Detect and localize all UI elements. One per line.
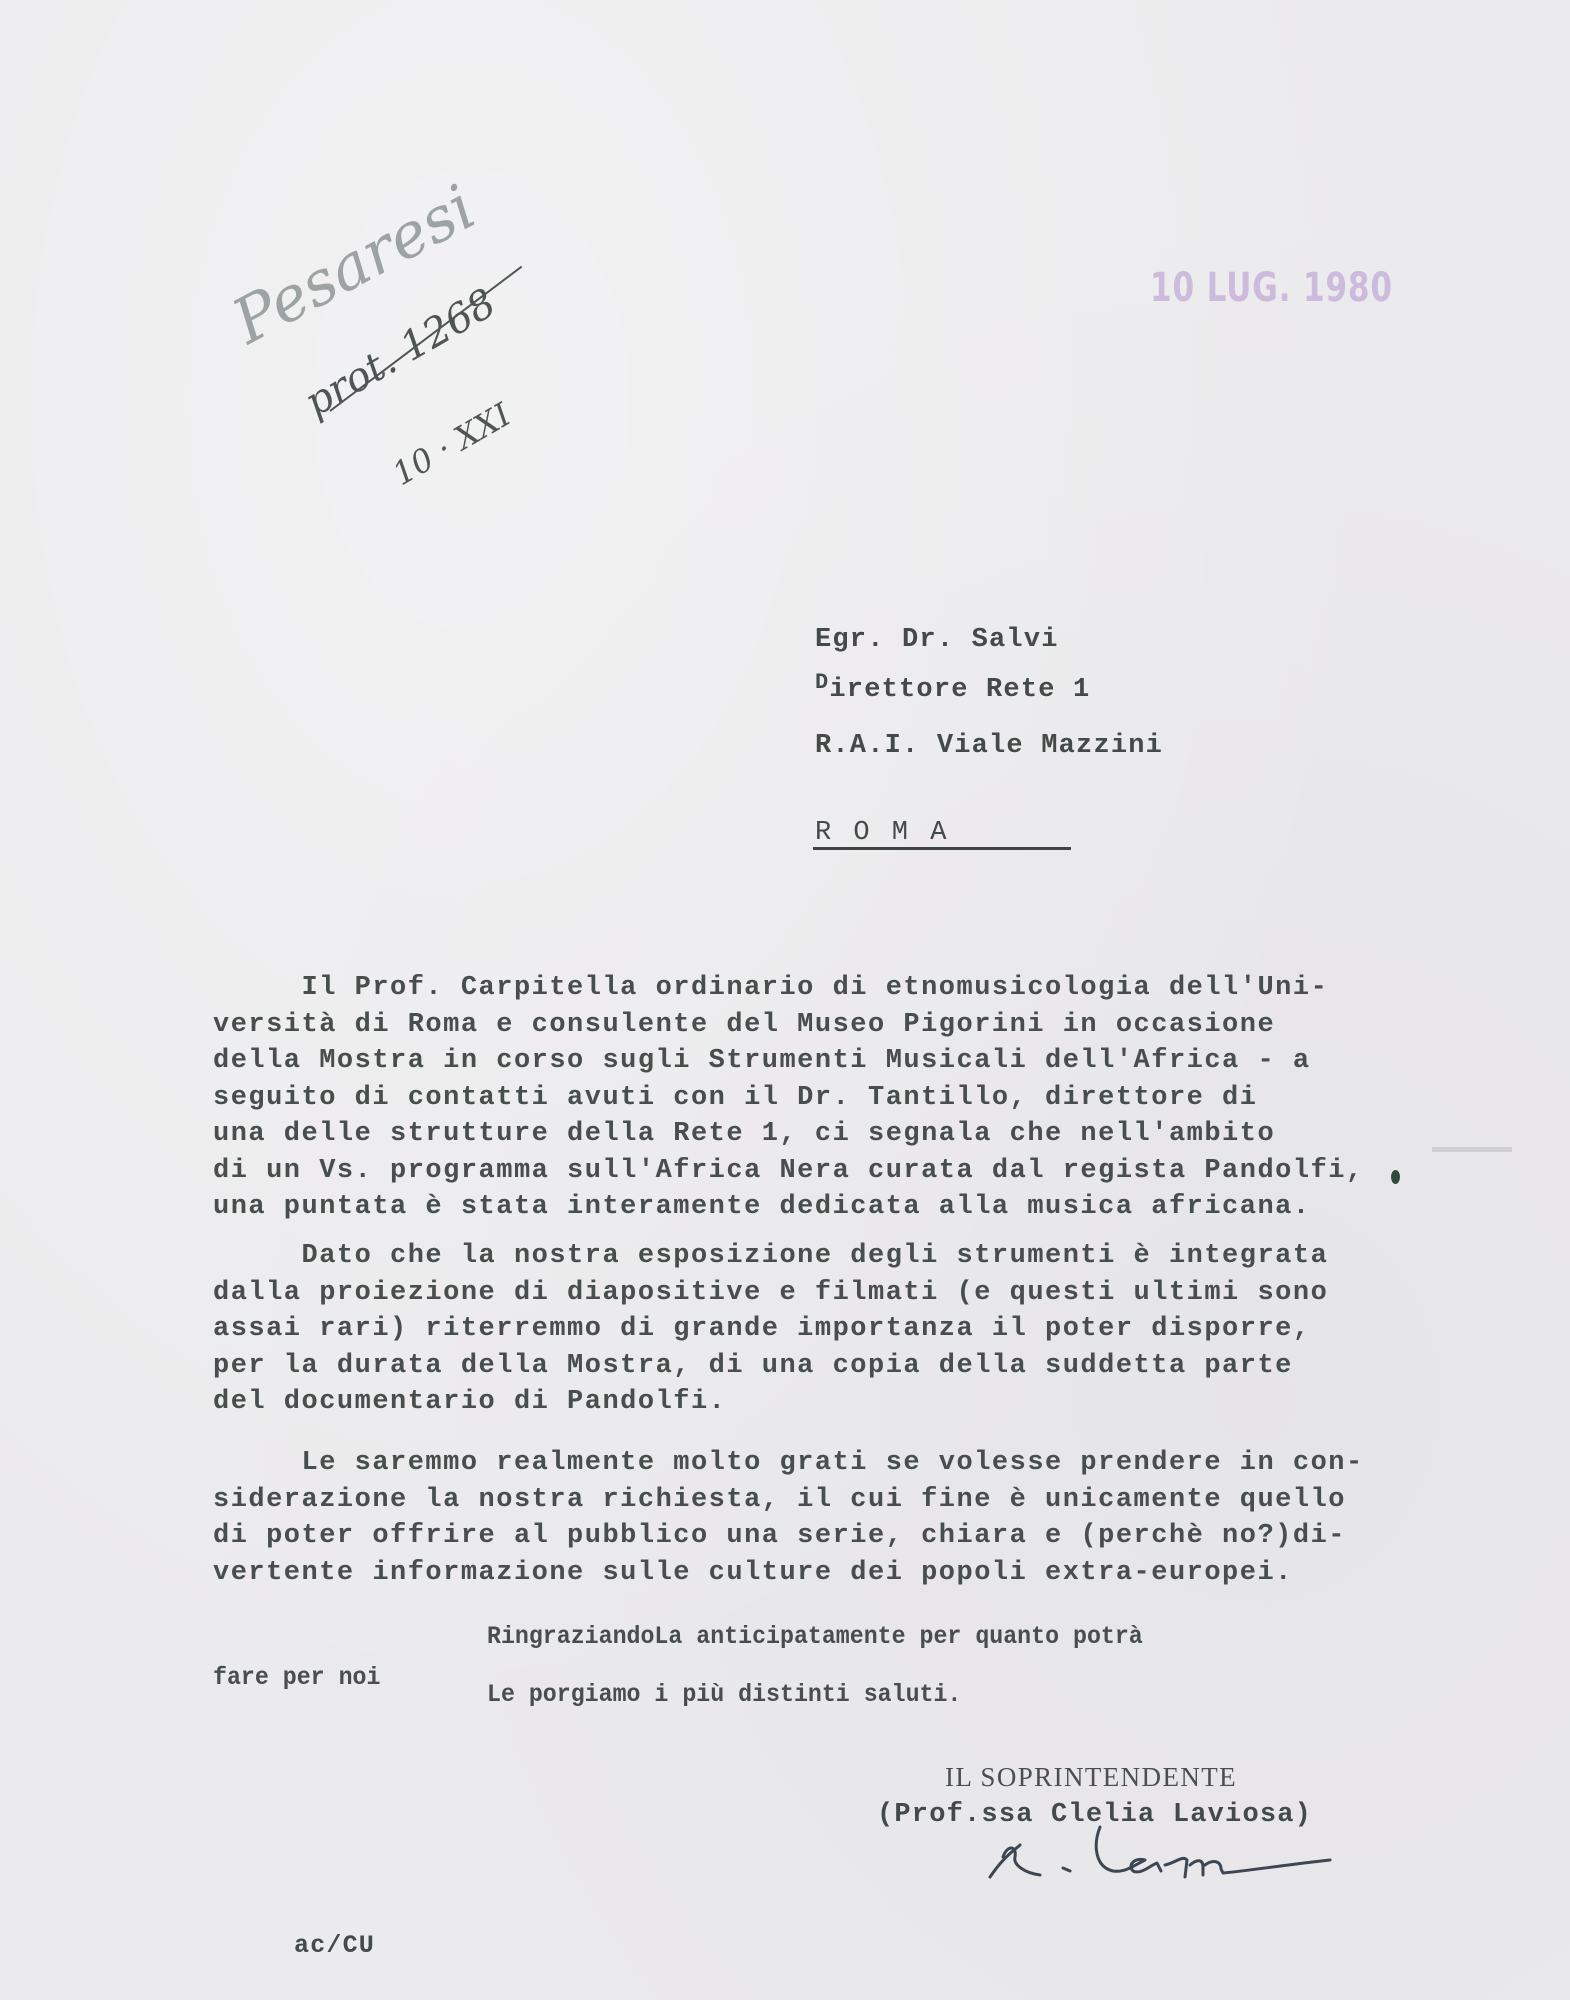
body-line: vertente informazione sulle culture dei … [213, 1555, 1364, 1592]
signatory-title: IL SOPRINTENDENTE [945, 1762, 1237, 1793]
body-line: di poter offrire al pubblico una serie, … [213, 1518, 1364, 1555]
body-line: una delle strutture della Rete 1, ci seg… [213, 1116, 1364, 1153]
handwritten-signature [985, 1805, 1365, 1915]
body-line: seguito di contatti avuti con il Dr. Tan… [213, 1080, 1364, 1117]
closing-left-fragment: fare per noi [213, 1663, 380, 1692]
body-line: dalla proiezione di diapositive e filmat… [213, 1275, 1328, 1312]
body-line: una puntata è stata interamente dedicata… [213, 1189, 1364, 1226]
paper-smudge [1432, 1147, 1512, 1152]
addressee-line-1: Egr. Dr. Salvi [815, 627, 1059, 654]
body-paragraph-1: Il Prof. Carpitella ordinario di etnomus… [213, 970, 1364, 1226]
city-underline [813, 847, 1071, 850]
body-line: di un Vs. programma sull'Africa Nera cur… [213, 1153, 1364, 1190]
body-line: del documentario di Pandolfi. [213, 1384, 1328, 1421]
closing-line-2: Le porgiamo i più distinti saluti. [487, 1680, 961, 1709]
ink-speck [1391, 1170, 1400, 1184]
body-paragraph-3: Le saremmo realmente molto grati se vole… [213, 1445, 1364, 1591]
body-paragraph-2: Dato che la nostra esposizione degli str… [213, 1238, 1328, 1421]
addressee-line-3: R.A.I. Viale Mazzini [815, 733, 1163, 760]
body-line: Il Prof. Carpitella ordinario di etnomus… [213, 970, 1364, 1007]
body-line: per la durata della Mostra, di una copia… [213, 1348, 1328, 1385]
body-line: versità di Roma e consulente del Museo P… [213, 1007, 1364, 1044]
closing-line-1: RingraziandoLa anticipatamente per quant… [487, 1622, 1143, 1651]
addressee-line-2: Direttore Rete 1 [815, 677, 1090, 704]
reference-initials: ac/CU [294, 1933, 375, 1958]
body-line: della Mostra in corso sugli Strumenti Mu… [213, 1043, 1364, 1080]
addressee-city: R O M A [815, 820, 949, 847]
addressee-line-2-initial: D [815, 670, 829, 695]
addressee-line-2-rest: irettore Rete 1 [829, 675, 1090, 705]
body-line: Dato che la nostra esposizione degli str… [213, 1238, 1328, 1275]
received-date-stamp: 10 LUG. 1980 [1150, 265, 1393, 311]
body-line: Le saremmo realmente molto grati se vole… [213, 1445, 1364, 1482]
body-line: assai rari) riterremmo di grande importa… [213, 1311, 1328, 1348]
body-line: siderazione la nostra richiesta, il cui … [213, 1482, 1364, 1519]
